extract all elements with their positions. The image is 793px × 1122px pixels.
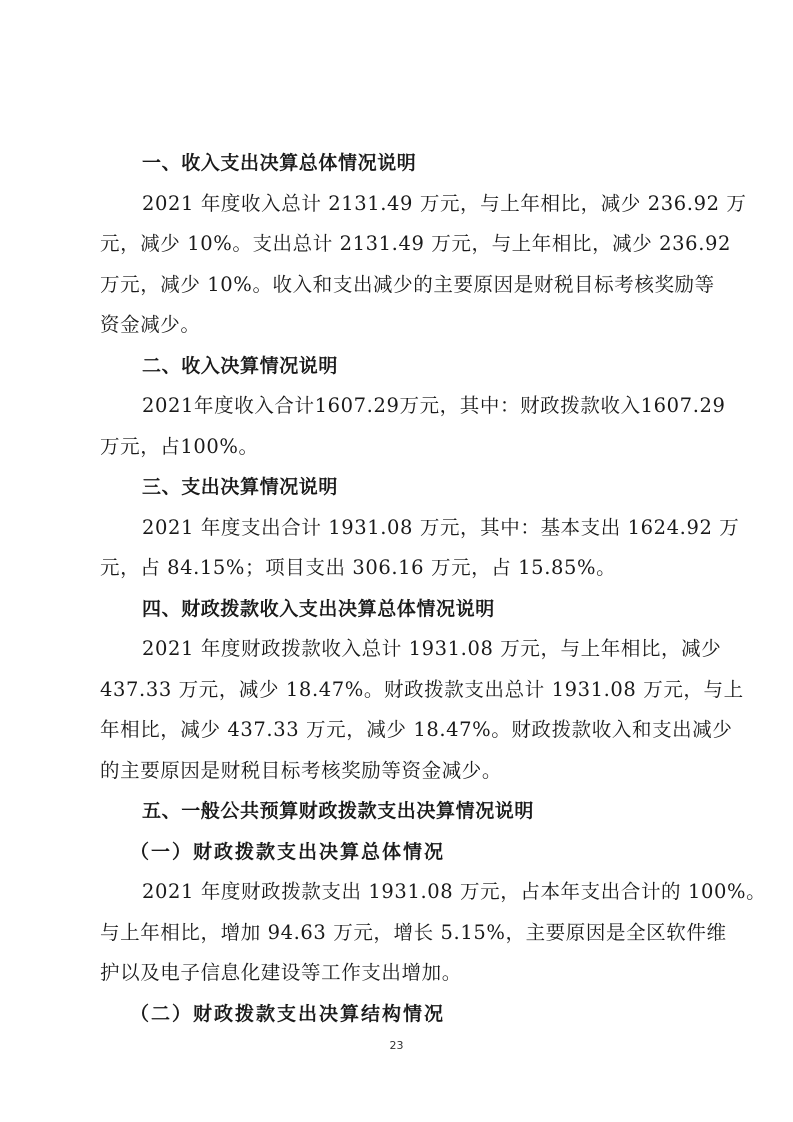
paragraph-line: 护以及电子信息化建设等工作支出增加。: [100, 953, 696, 994]
subsection-heading-5-1: （一）财政拨款支出决算总体情况: [100, 832, 696, 873]
paragraph-line: 万元，减少 10%。收入和支出减少的主要原因是财税目标考核奖励等: [100, 265, 696, 306]
paragraph-line: 元，占 84.15%；项目支出 306.16 万元，占 15.85%。: [100, 548, 696, 589]
subsection-heading-5-2: （二）财政拨款支出决算结构情况: [100, 994, 696, 1035]
paragraph-line: 437.33 万元，减少 18.47%。财政拨款支出总计 1931.08 万元，…: [100, 670, 696, 711]
paragraph-line: 的主要原因是财税目标考核奖励等资金减少。: [100, 751, 696, 792]
paragraph-line: 2021 年度收入总计 2131.49 万元，与上年相比，减少 236.92 万: [100, 184, 696, 225]
paragraph-line: 元，减少 10%。支出总计 2131.49 万元，与上年相比，减少 236.92: [100, 224, 696, 265]
paragraph-line: 年相比，减少 437.33 万元，减少 18.47%。财政拨款收入和支出减少: [100, 710, 696, 751]
paragraph-line: 万元，占100%。: [100, 427, 696, 468]
section-heading-5: 五、一般公共预算财政拨款支出决算情况说明: [100, 791, 696, 832]
page-number: 23: [0, 1039, 793, 1052]
section-heading-4: 四、财政拨款收入支出决算总体情况说明: [100, 589, 696, 630]
paragraph-line: 2021 年度支出合计 1931.08 万元，其中：基本支出 1624.92 万: [100, 508, 696, 549]
paragraph-line: 2021 年度财政拨款支出 1931.08 万元，占本年支出合计的 100%。: [100, 872, 696, 913]
paragraph-line: 资金减少。: [100, 305, 696, 346]
paragraph-line: 与上年相比，增加 94.63 万元，增长 5.15%，主要原因是全区软件维: [100, 913, 696, 954]
section-heading-3: 三、支出决算情况说明: [100, 467, 696, 508]
section-heading-1: 一、收入支出决算总体情况说明: [100, 143, 696, 184]
paragraph-line: 2021 年度财政拨款收入总计 1931.08 万元，与上年相比，减少: [100, 629, 696, 670]
document-page: 一、收入支出决算总体情况说明 2021 年度收入总计 2131.49 万元，与上…: [100, 143, 696, 1034]
section-heading-2: 二、收入决算情况说明: [100, 346, 696, 387]
paragraph-line: 2021年度收入合计1607.29万元，其中：财政拨款收入1607.29: [100, 386, 696, 427]
